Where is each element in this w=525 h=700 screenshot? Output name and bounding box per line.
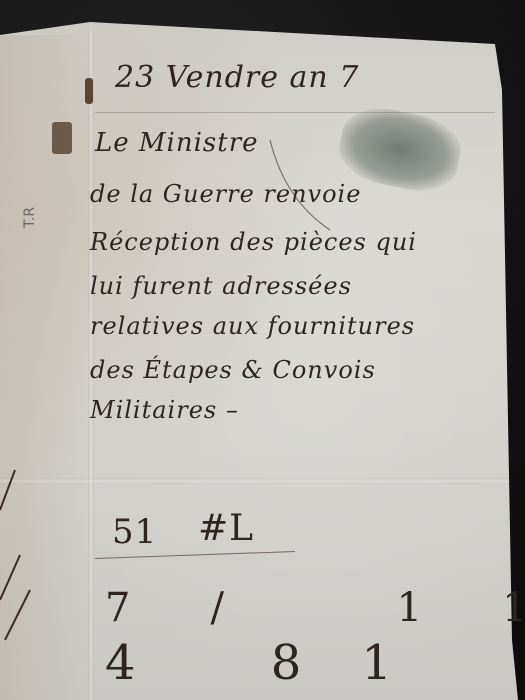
ink-strokes: [0, 0, 525, 700]
